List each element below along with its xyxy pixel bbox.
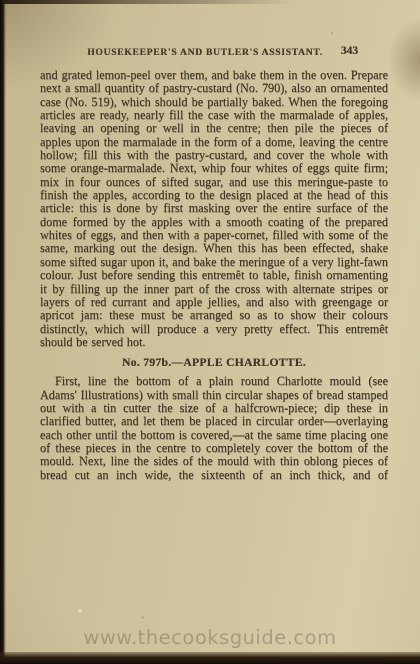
paragraph-apple-meringue: and grated lemon-peel over them, and bak… — [40, 69, 388, 349]
page-header: HOUSEKEEPER'S AND BUTLER'S ASSISTANT. 34… — [40, 47, 388, 61]
recipe-heading: No. 797b.—APPLE CHARLOTTE. — [40, 356, 388, 369]
page-edge-bottom — [0, 652, 420, 664]
page-edge-left — [0, 0, 6, 664]
page-number: 343 — [341, 45, 358, 57]
running-head: HOUSEKEEPER'S AND BUTLER'S ASSISTANT. — [31, 47, 379, 58]
page-edge-top — [0, 0, 294, 4]
book-page-scan: HOUSEKEEPER'S AND BUTLER'S ASSISTANT. 34… — [0, 0, 420, 664]
paragraph-apple-charlotte: First, line the bottom of a plain round … — [40, 375, 388, 482]
text-block: and grated lemon-peel over them, and bak… — [40, 69, 388, 482]
watermark: www.thecooksguide.com — [0, 626, 420, 649]
